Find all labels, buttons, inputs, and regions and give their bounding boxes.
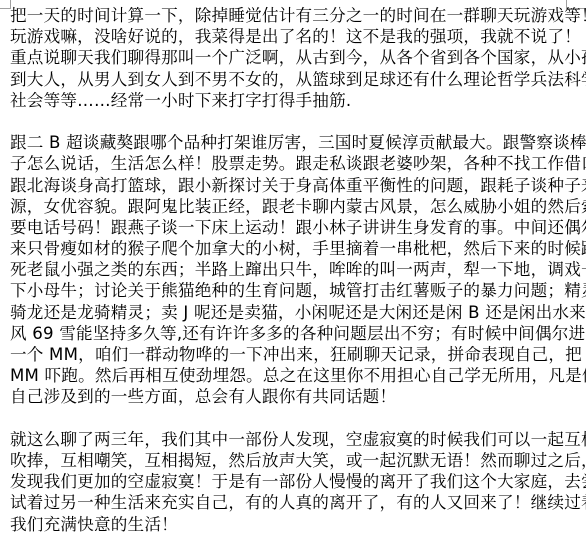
paragraph-spacer bbox=[10, 111, 578, 132]
text-line: 发现我们更加的空虚寂寞！于是有一部份人慢慢的离开了我们这个大家庭，去尝 bbox=[10, 471, 578, 492]
text-line: 骑龙还是龙骑精灵；卖 J 呢还是卖猫，小闲呢还是大闲还是闲 B 还是闲出水来; bbox=[10, 302, 578, 323]
text-line: 自己涉及到的一些方面，总会有人跟你有共同话题！ bbox=[10, 386, 578, 407]
paragraph-3: 就这么聊了两三年，我们其中一部份人发现，空虚寂寞的时候我们可以一起互相 吹捧，互… bbox=[10, 429, 578, 535]
text-line: 风 69 雪能坚持多久等,还有许许多多的各种问题层出不穷；有时候中间偶尔进来 bbox=[10, 323, 578, 344]
text-line: 跟北海谈身高打篮球，跟小新探讨关于身高体重平衡性的问题，跟耗子谈种子来 bbox=[10, 175, 578, 196]
text-line: 重点说聊天我们聊得那叫一个广泛啊，从古到今，从各个省到各个国家，从小孩 bbox=[10, 47, 578, 68]
text-line: 要电话号码！跟燕子谈一下床上运动！跟小林子讲讲生身发育的事。中间还偶尔 bbox=[10, 217, 578, 238]
text-line: 玩游戏嘛，没啥好说的，我菜得是出了名的！这不是我的强项，我就不说了！ bbox=[10, 26, 578, 47]
text-line: 到大人，从男人到女人到不男不女的，从篮球到足球还有什么理论哲学兵法科学 bbox=[10, 69, 578, 90]
text-line: MM 吓跑。然后再相互使劲埋怨。总之在这里你不用担心自己学无所用，凡是你 bbox=[10, 365, 578, 386]
paragraph-2: 跟二 B 超谈藏獒跟哪个品种打架谁厉害，三国时夏候淳贡献最大。跟警察谈棒 子怎么… bbox=[10, 132, 578, 407]
text-line: 跟二 B 超谈藏獒跟哪个品种打架谁厉害，三国时夏候淳贡献最大。跟警察谈棒 bbox=[10, 132, 578, 153]
text-line: 吹捧，互相嘲笑，互相揭短，然后放声大笑，或一起沉默无语！然而聊过之后， bbox=[10, 450, 578, 471]
text-line: 下小母牛；讨论关于熊猫绝种的生育问题，城管打击红薯贩子的暴力问题；精灵 bbox=[10, 280, 578, 301]
text-line: 死老鼠小强之类的东西；半路上蹿出只牛，哞哞的叫一两声，犁一下地，调戏一 bbox=[10, 259, 578, 280]
text-line: 源，女优容貌。跟阿鬼比装正经，跟老卡聊内蒙古风景，怎么威胁小姐的然后索 bbox=[10, 196, 578, 217]
text-line: 一个 MM，咱们一群动物哗的一下冲出来，狂刷聊天记录，拼命表现自己，把 bbox=[10, 344, 578, 365]
text-line: 来只骨瘦如材的猴子爬个加拿大的小树，手里摘着一串枇杷，然后下来的时候踩 bbox=[10, 238, 578, 259]
text-line: 社会等等……经常一小时下来打字打得手抽筋. bbox=[10, 90, 578, 111]
text-line: 试着过另一种生活来充实自己，有的人真的离开了，有的人又回来了！继续过着 bbox=[10, 492, 578, 513]
text-line: 就这么聊了两三年，我们其中一部份人发现，空虚寂寞的时候我们可以一起互相 bbox=[10, 429, 578, 450]
text-line: 把一天的时间计算一下，除掉睡觉估计有三分之一的时间在一群聊天玩游戏等！ bbox=[10, 5, 578, 26]
paragraph-1: 把一天的时间计算一下，除掉睡觉估计有三分之一的时间在一群聊天玩游戏等！ 玩游戏嘛… bbox=[10, 5, 578, 111]
text-line: 我们充满快意的生活！ bbox=[10, 514, 578, 535]
paragraph-spacer bbox=[10, 408, 578, 429]
document-page: 把一天的时间计算一下，除掉睡觉估计有三分之一的时间在一群聊天玩游戏等！ 玩游戏嘛… bbox=[10, 5, 578, 535]
text-line: 子怎么说话，生活怎么样！股票走势。跟走私谈跟老婆吵架，各种不找工作借口。 bbox=[10, 153, 578, 174]
